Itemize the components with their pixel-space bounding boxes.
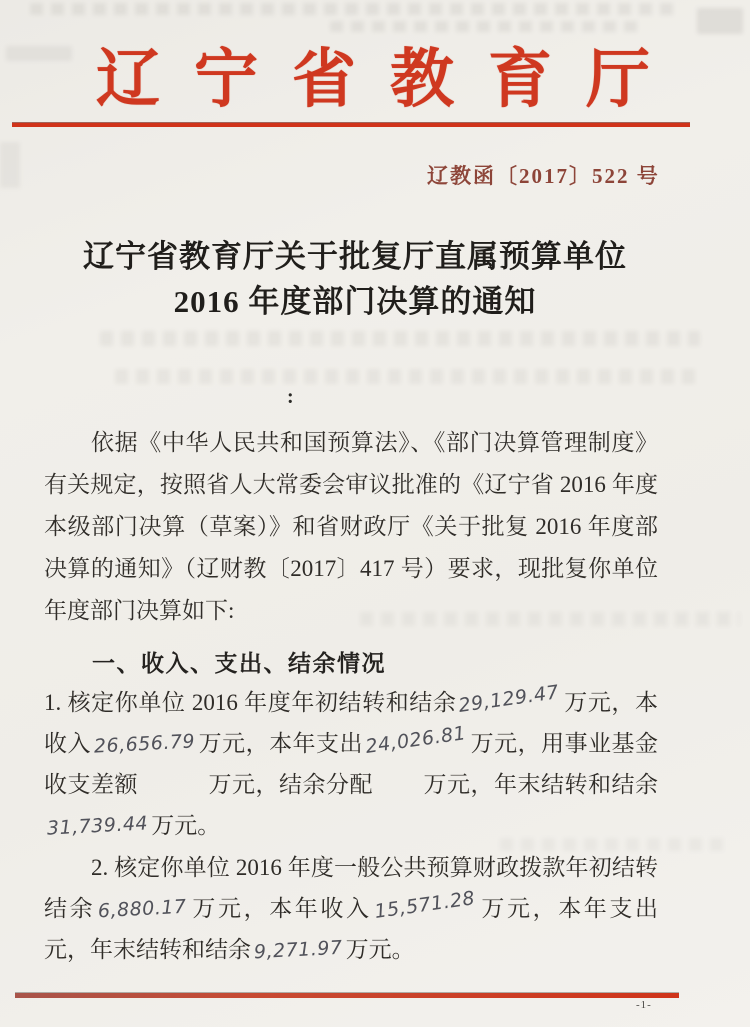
item-2-line-3: 元，年末结转和结余9,271.97万元。 (44, 929, 658, 970)
handwritten-value: 24,026.81 (363, 723, 469, 764)
text-segment: 结余 (44, 896, 95, 921)
item-1-line-1: 1. 核定你单位 2016 年度年初结转和结余29,129.47万元，本年 (44, 682, 658, 723)
text-segment: 万元，本年支出 (479, 896, 658, 921)
intro-line: 有关规定，按照省人大常委会审议批准的《辽宁省 2016 年度省 (44, 464, 658, 506)
document-title-line-2: 2016 年度部门决算的通知 (35, 279, 675, 324)
intro-paragraph: 依据《中华人民共和国预算法》、《部门决算管理制度》的 有关规定，按照省人大常委会… (44, 422, 658, 632)
item-1-line-3: 收支差额万元，结余分配万元，年末结转和结余 (44, 764, 658, 805)
handwritten-value: 15,571.28 (372, 888, 478, 929)
text-segment: 万元。 (151, 813, 220, 838)
intro-line: 本级部门决算（草案）》和省财政厅《关于批复 2016 年度部门 (44, 506, 658, 548)
section-heading: 一、收入、支出、结余情况 (92, 645, 386, 678)
text-segment: 万元，年末结转和结余 (423, 772, 658, 797)
handwritten-value: 31,739.44 (46, 803, 149, 849)
text-segment: 万元，本年支出 (198, 731, 363, 756)
blank-fill-in-space (138, 791, 208, 792)
letterhead-rule (12, 122, 690, 127)
item-1-paragraph: 1. 核定你单位 2016 年度年初结转和结余29,129.47万元，本年 收入… (44, 682, 658, 846)
handwritten-value: 6,880.17 (97, 888, 188, 929)
addressee-colon: : (287, 386, 294, 409)
text-segment: 万元，结余分配 (208, 772, 373, 797)
item-1-line-2: 收入26,656.79万元，本年支出24,026.81万元，用事业基金弥补 (44, 723, 658, 764)
text-segment: 1. 核定你单位 2016 年度年初结转和结余 (44, 690, 456, 715)
handwritten-value: 29,129.47 (456, 682, 562, 723)
scanned-document-page: 辽宁省教育厅 辽教函〔2017〕522 号 辽宁省教育厅关于批复厅直属预算单位 … (0, 0, 750, 1027)
blank-fill-in-space (373, 791, 423, 792)
intro-line: 年度部门决算如下: (44, 590, 658, 632)
bleedthrough-artifact (30, 3, 680, 15)
item-2-paragraph: 2. 核定你单位 2016 年度一般公共预算财政拨款年初结转和 结余6,880.… (44, 847, 658, 970)
document-number: 辽教函〔2017〕522 号 (427, 160, 660, 190)
text-segment: 元，年末结转和结余 (44, 937, 251, 962)
bleedthrough-artifact (100, 331, 700, 346)
intro-line: 依据《中华人民共和国预算法》、《部门决算管理制度》的 (44, 422, 658, 464)
handwritten-value: 26,656.79 (93, 723, 196, 764)
text-segment: 万元。 (346, 937, 415, 962)
intro-line: 决算的通知》（辽财教〔2017〕417 号）要求，现批复你单位 2016 (44, 548, 658, 590)
text-segment: 万元，本年收入 (190, 896, 372, 921)
document-title-line-1: 辽宁省教育厅关于批复厅直属预算单位 (35, 234, 675, 279)
bleedthrough-artifact (0, 142, 20, 188)
text-segment: 2. 核定你单位 2016 年度一般公共预算财政拨款年初结转和 (91, 855, 658, 888)
item-2-line-1: 2. 核定你单位 2016 年度一般公共预算财政拨款年初结转和 (44, 847, 658, 888)
document-title: 辽宁省教育厅关于批复厅直属预算单位 2016 年度部门决算的通知 (35, 234, 675, 324)
item-2-line-2: 结余6,880.17万元，本年收入15,571.28万元，本年支出13,179.… (44, 888, 658, 929)
footer-rule (15, 993, 679, 998)
bleedthrough-artifact (115, 369, 703, 384)
letterhead-agency-name: 辽宁省教育厅 (0, 28, 750, 120)
text-segment: 收支差额 (44, 772, 138, 797)
item-1-line-4: 31,739.44万元。 (44, 805, 658, 846)
page-number: -1- (636, 999, 652, 1011)
handwritten-value: 9,271.97 (253, 928, 344, 974)
text-segment: 收入 (44, 731, 91, 756)
